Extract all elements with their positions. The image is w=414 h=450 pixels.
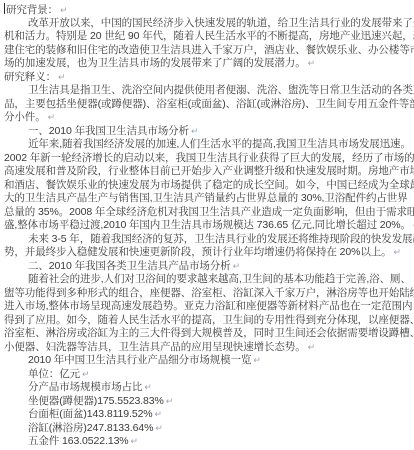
text-caret: [4, 3, 5, 14]
text-line: 得到了应用。如今，随着人民生活水平的提高，卫生间的专用性得到充分体现，以座便器、: [4, 314, 414, 328]
section-heading-1: 一、2010 年我国卫生洁具市场分析↵: [4, 125, 414, 139]
paragraph-mark-icon: ↵: [308, 342, 315, 352]
document-text-area[interactable]: 研究背景：↵ 改革开放以来，中国的国民经济步入快速发展的轨道，给卫生洁具行业的发…: [0, 0, 414, 450]
market-table-title: 2010 年中国卫生洁具行业产品细分市场规模一览↵: [4, 354, 414, 368]
paragraph-mark-icon: ↵: [155, 409, 162, 419]
paragraph-mark-icon: ↵: [253, 355, 260, 365]
paragraph-mark-icon: ↵: [308, 58, 315, 68]
paragraph-mark-icon: ↵: [166, 396, 173, 406]
paragraph-mark-icon: ↵: [144, 382, 151, 392]
market-table-row: 五金件 163.0522.13%↵: [4, 435, 414, 449]
section-heading-research-background: 研究背景：↵: [4, 3, 414, 17]
market-table-row: 台面柜(面盆)143.8119.52%↵: [4, 408, 414, 422]
market-table-row: 浴缸(淋浴房)247.8133.64%↵: [4, 422, 414, 436]
text-line: 品，主要包括坐便器(或蹲便器)、浴室柜(或面盆)、浴缸(或淋浴房)、卫生间专用五…: [4, 98, 414, 112]
text-line: 总量的 35%。2008 年全球经济危机对我国卫生洁具产业造成一定负面影响，但由…: [4, 206, 414, 220]
market-table-row: 坐便器(蹲便器)175.5523.83%↵: [4, 395, 414, 409]
text-line: 场的加速发展，也为卫生洁具市场的发展带来了广阔的发展潜力。↵: [4, 57, 414, 71]
paragraph-mark-icon: ↵: [58, 72, 65, 82]
text-line: 势，并最终步入稳健发展和快速更新阶段，预计行业年均增速仍将保持在 20%以上。↵: [4, 246, 414, 260]
market-table-header: 分产品市场规模市场占比↵: [4, 381, 414, 395]
text-line: 研究背景：: [6, 4, 58, 16]
text-line: 盛,整体市场平稳过渡,2010 年国内卫生洁具市场规模达 736.65 亿元,同…: [4, 219, 414, 233]
text-line: 和酒店、餐饮娱乐业的快速发展为市场提供了稳定的成长空间。如今，中国已经成为全球最: [4, 179, 414, 193]
paragraph-mark-icon: ↵: [131, 436, 138, 446]
paragraph-mark-icon: ↵: [394, 247, 401, 257]
paragraph-mark-icon: ↵: [155, 423, 162, 433]
text-line: 分小件。↵: [4, 111, 414, 125]
text-line: 进入市场,整体市场呈现高速发展趋势。亚克力浴缸和座便器等新材料产品也在一定范围内: [4, 300, 414, 314]
text-line: 小便器、妇洗器等洁具，卫生洁具产品的应用呈现快速增长态势。↵: [4, 341, 414, 355]
section-heading-research-definition: 研究释义：↵: [4, 71, 414, 85]
text-line: 建住宅的装修和旧住宅的改造使卫生洁具进入千家万户，酒店业、餐饮娱乐业、办公楼等市: [4, 44, 414, 58]
paragraph-mark-icon: ↵: [60, 5, 67, 15]
text-line: 机和活力。特别是 20 世纪 90 年代，随着人民生活水平的不断提高，房地产业迅…: [4, 30, 414, 44]
paragraph-mark-icon: ↵: [233, 261, 240, 271]
text-line: 高速发展和普及阶段，行业整体目前已开始步入产业调整升级和快速发展时期。房地产市场: [4, 165, 414, 179]
text-line: 近年来,随着我国经济发展的加速,人们生活水平的提高,我国卫生洁具市场发展迅速。: [4, 138, 414, 152]
section-heading-2: 二、2010 年我国各类卫生洁具产品市场分析↵: [4, 260, 414, 274]
text-line: 改革开放以来，中国的国民经济步入快速发展的轨道，给卫生洁具行业的发展带来了生: [4, 17, 414, 31]
text-line: 2002 年新一轮经济增长的启动以来，我国卫生洁具行业获得了巨大的发展，经历了市…: [4, 152, 414, 166]
text-line: 大的卫生洁具产品生产与销售国,卫生洁具产销量约占世界总量的 30%,卫浴配件约占…: [4, 192, 414, 206]
paragraph-mark-icon: ↵: [48, 112, 55, 122]
paragraph-mark-icon: ↵: [82, 369, 89, 379]
text-line: 盥等功能得到多种形式的组合，座便器、浴室柜、浴缸深入千家万户，淋浴房等也开始陆续: [4, 287, 414, 301]
text-line: 未来 3-5 年，随着我国经济的复苏，卫生洁具行业的发展还将维持现阶段的快发发展…: [4, 233, 414, 247]
text-line: 随着社会的进步,人们对卫浴间的要求越来越高,卫生间的基本功能趋于完善,浴、厕、: [4, 273, 414, 287]
market-table-unit: 单位：亿元↵: [4, 368, 414, 382]
text-line: 卫生洁具是指卫生、洗浴空间内提供使用者便溺、洗浴、盥洗等日常卫生活动的各类产: [4, 84, 414, 98]
paragraph-mark-icon: ↵: [191, 126, 198, 136]
text-line: 浴室柜、淋浴房或浴缸为主的三大件得到大规模普及，同时卫生间还会依据需要增设蹲槽、: [4, 327, 414, 341]
